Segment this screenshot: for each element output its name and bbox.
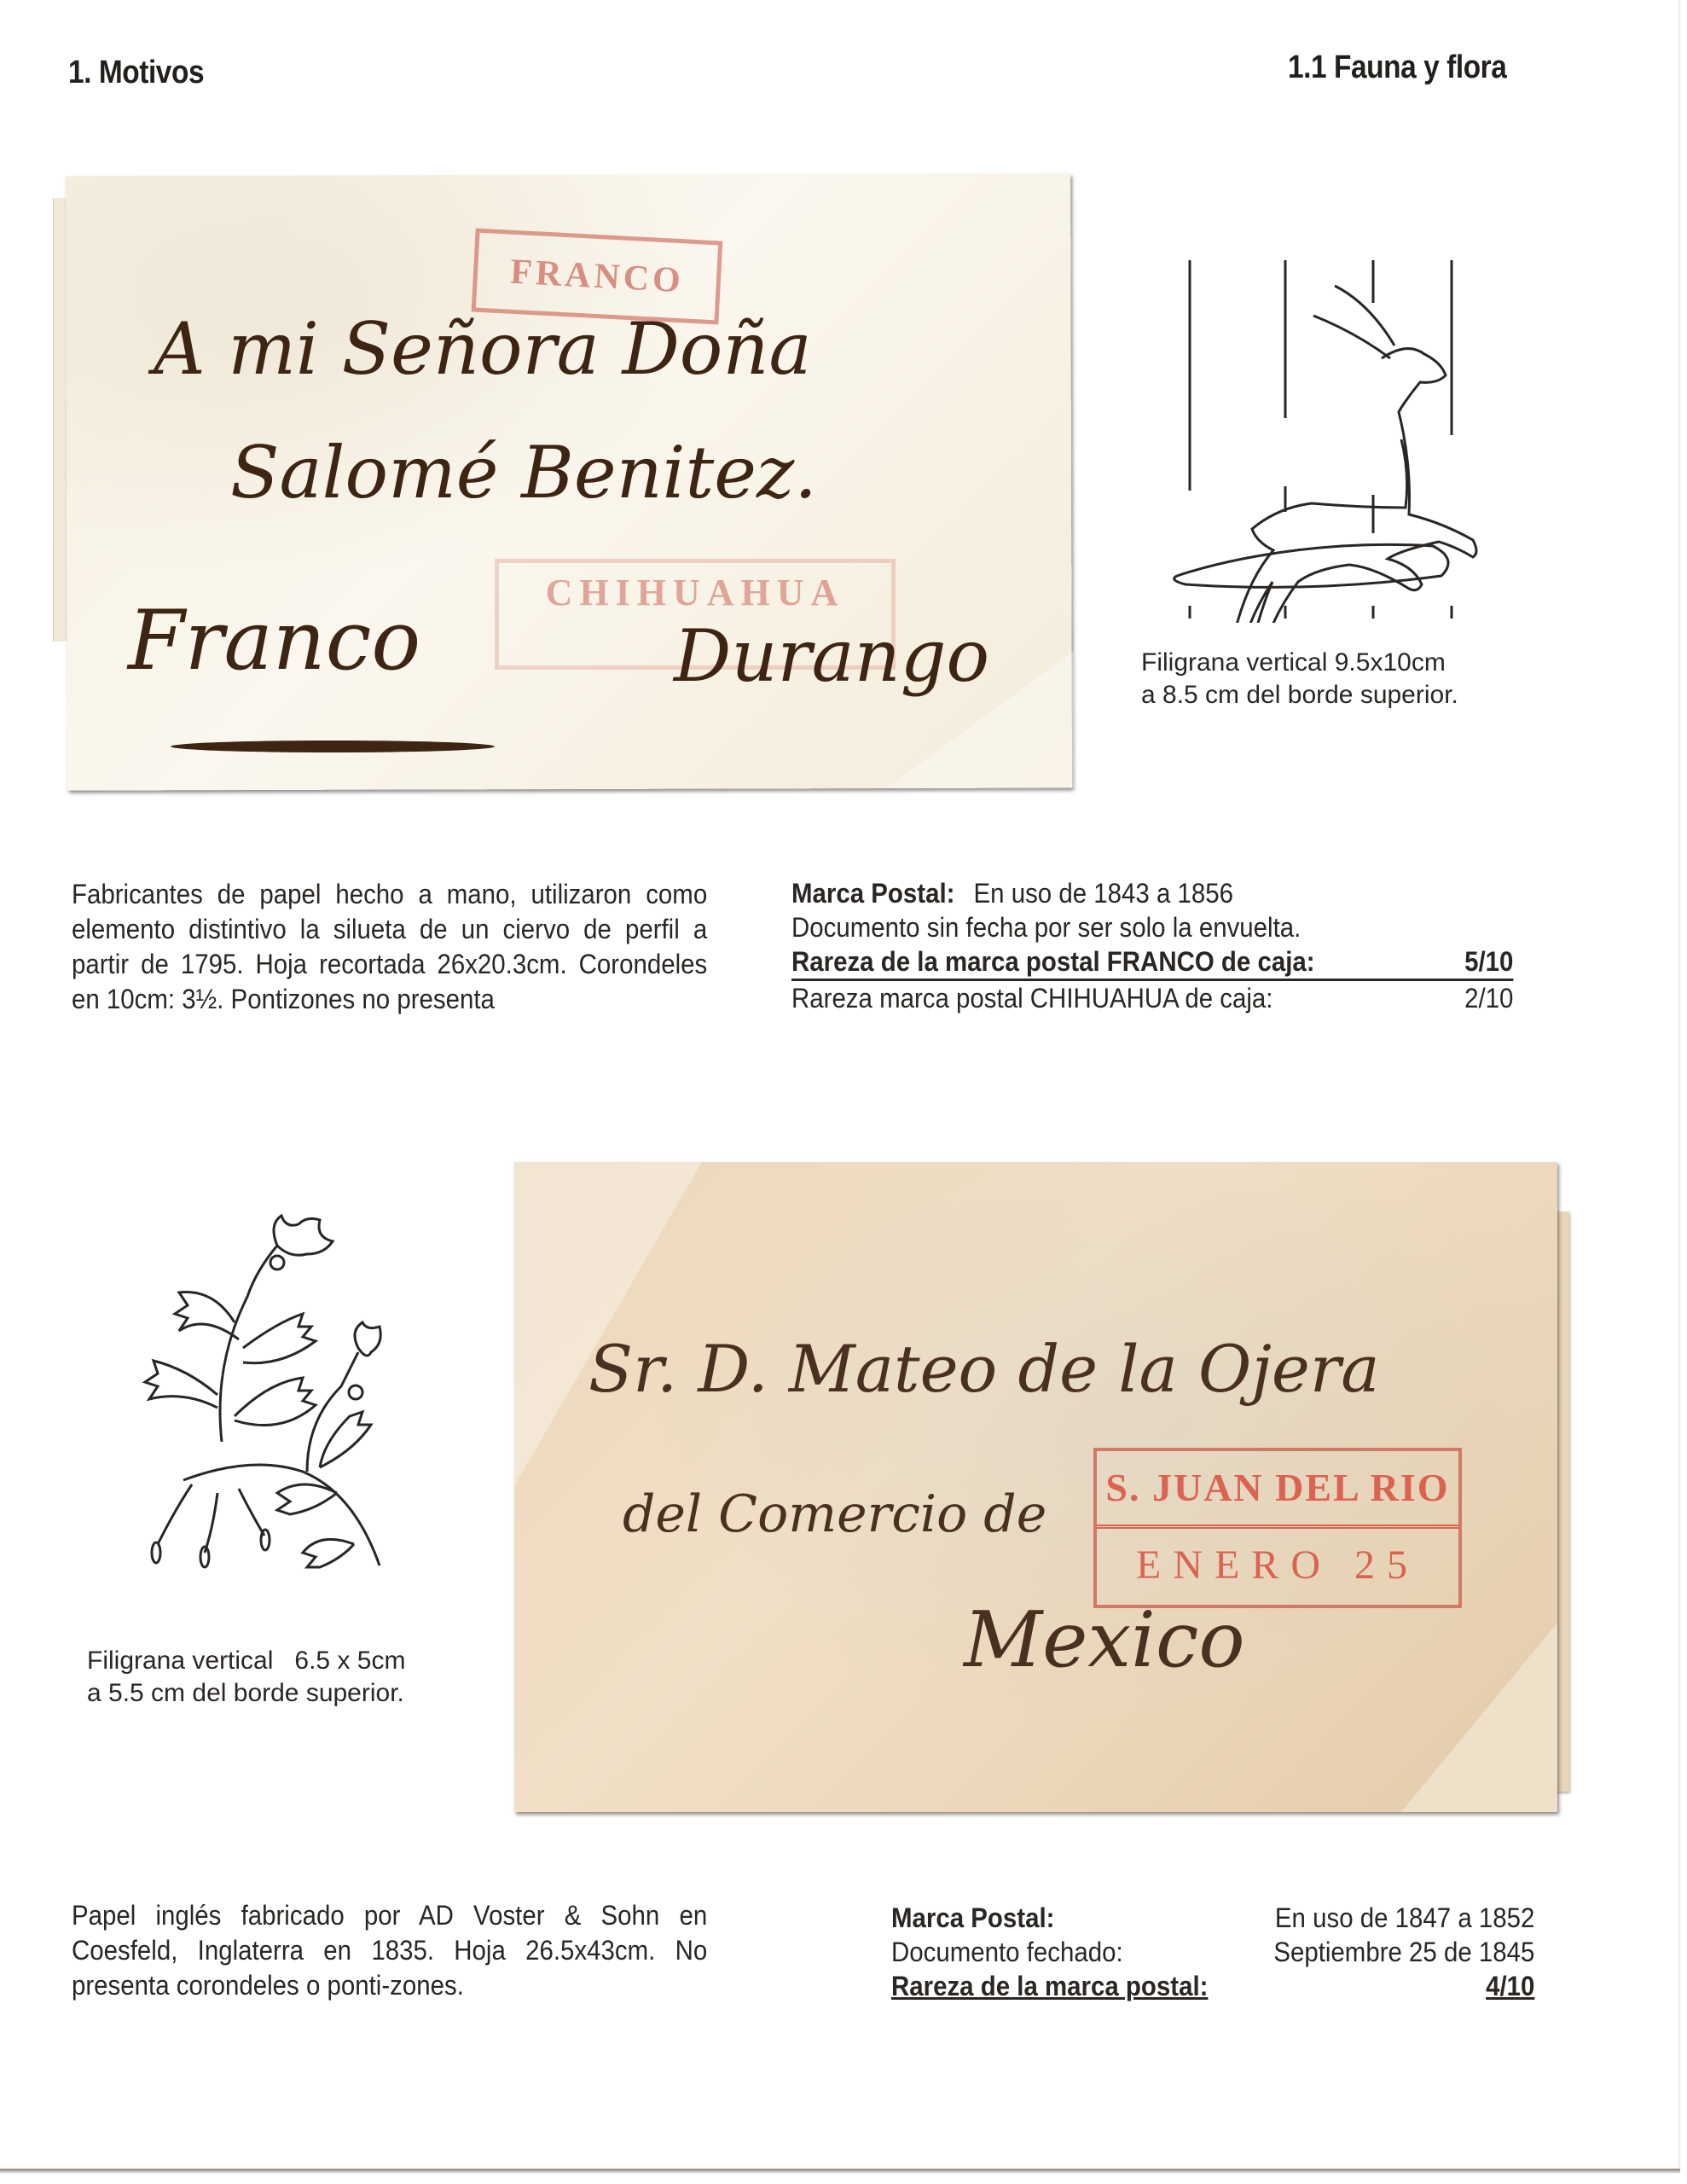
postal-mark-info: Marca Postal: En uso de 1843 a 1856 Docu… (791, 876, 1513, 1015)
rarity-value: 5/10 (1464, 944, 1513, 979)
paper-description: Papel inglés fabricado por AD Voster & S… (72, 1898, 707, 2003)
document-note: Documento sin fecha por ser solo la envu… (791, 910, 1301, 944)
manuscript-line: Salomé Benitez. (230, 431, 817, 514)
stamp-date: ENERO 25 (1097, 1529, 1458, 1602)
rarity-value: 4/10 (1486, 1969, 1534, 2003)
stamp-town: S. JUAN DEL RIO (1097, 1451, 1458, 1529)
document-label: Documento fechado: (891, 1935, 1123, 1969)
section-title: 1. Motivos (68, 55, 204, 91)
rarity-label: Rareza de la marca postal: (891, 1969, 1208, 2003)
manuscript-line: del Comercio de (623, 1484, 1046, 1544)
san-juan-del-rio-stamp: S. JUAN DEL RIO ENERO 25 (1093, 1448, 1462, 1608)
caption-line: Filigrana vertical 6.5 x 5cm (87, 1645, 405, 1677)
postal-mark-label: Marca Postal: (791, 876, 954, 910)
deer-watermark-icon (1160, 256, 1501, 623)
postal-mark-usage: En uso de 1847 a 1852 (1275, 1901, 1534, 1935)
manuscript-line: A mi Señora Doña (154, 307, 812, 391)
caption-line: a 5.5 cm del borde superior. (87, 1677, 405, 1710)
subsection-title: 1.1 Fauna y flora (1288, 49, 1506, 86)
page-edge-shadow (0, 2169, 1680, 2174)
envelope-fold (1401, 1623, 1557, 1812)
manuscript-line: Sr. D. Mateo de la Ojera (588, 1331, 1380, 1407)
rarity-label: Rareza marca postal CHIHUAHUA de caja: (791, 981, 1272, 1015)
rarity-value: 2/10 (1464, 981, 1513, 1015)
manuscript-underline (171, 741, 495, 752)
paper-description: Fabricantes de papel hecho a mano, utili… (72, 877, 707, 1017)
watermark-caption: Filigrana vertical 6.5 x 5cm a 5.5 cm de… (87, 1645, 405, 1710)
document-date: Septiembre 25 de 1845 (1273, 1935, 1534, 1969)
postal-mark-usage: En uso de 1843 a 1856 (974, 876, 1233, 910)
manuscript-line: Mexico (964, 1595, 1245, 1685)
postal-mark-info: Marca Postal: En uso de 1847 a 1852 Docu… (891, 1901, 1534, 2003)
caption-line: Filigrana vertical 9.5x10cm (1141, 647, 1458, 679)
caption-line: a 8.5 cm del borde superior. (1141, 679, 1458, 712)
manuscript-line: Franco (128, 593, 420, 688)
rarity-label: Rareza de la marca postal FRANCO de caja… (791, 944, 1315, 979)
postal-mark-label: Marca Postal: (891, 1901, 1054, 1935)
manuscript-line: Durango (674, 614, 989, 698)
envelope-fold (514, 1162, 702, 1486)
watermark-caption: Filigrana vertical 9.5x10cm a 8.5 cm del… (1141, 647, 1458, 712)
flower-branch-watermark-icon (141, 1211, 388, 1587)
page-edge (1678, 0, 1681, 2171)
